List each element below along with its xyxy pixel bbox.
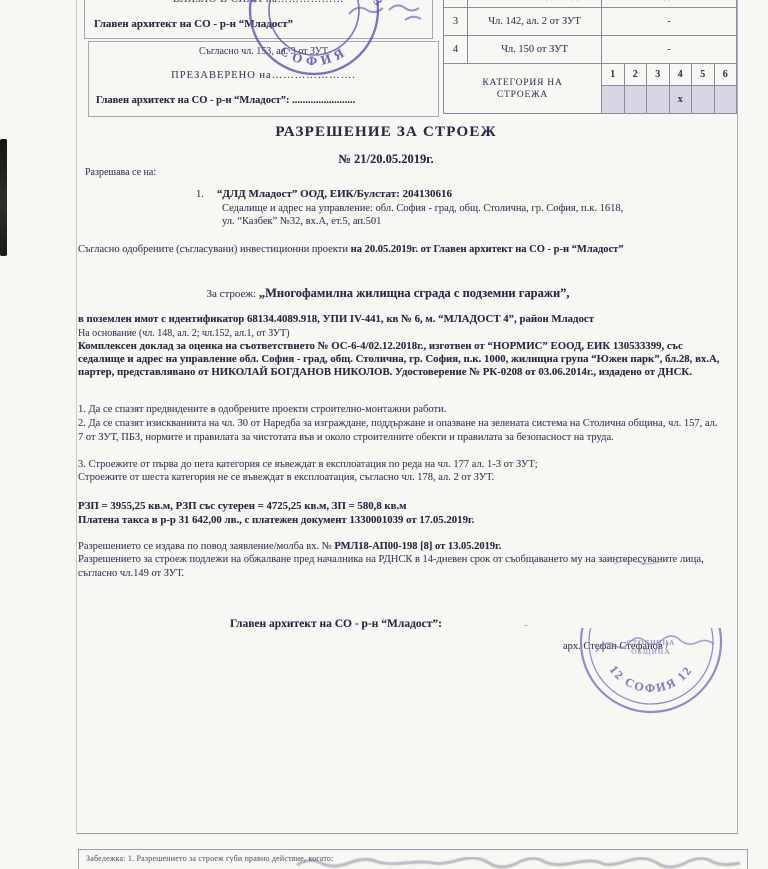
stamp-top-city-text: СОФИЯ [277, 43, 350, 68]
signature-heading: Главен архитект на СО - р-н “Младост”: [230, 618, 442, 630]
architect-sign-line: Главен архитект на СО - р-н “Младост”: .… [96, 95, 355, 106]
for-construction-line: За строеж: „Многофамилна жилищна сграда … [78, 287, 698, 302]
application-number-bold: РМЛ18-АП00-198 [8] от 13.05.2019г. [334, 541, 501, 552]
plot-identifier-line: в поземлен имот с идентификатор 68134.40… [78, 313, 722, 327]
row-value: - [601, 36, 736, 63]
category-mark-2 [624, 86, 647, 113]
approved-bold: на 20.05.2019г. от Главен архитект на СО… [351, 244, 624, 255]
category-mark-5 [691, 86, 714, 113]
stamp-fragment [345, 0, 435, 26]
condition-1: 1. Да се спазят предвидените в одобренит… [78, 403, 722, 417]
stamp-sofia-12: 12 СОФИЯ 12 СТОЛИЧНА ОБЩИНА [563, 628, 738, 723]
row-value: - [601, 8, 736, 35]
category-row: КАТЕГОРИЯ НА СТРОЕЖА 1 2 3 4 5 6 x [443, 64, 736, 114]
condition-3-continued: Строежите от шеста категория не се въвеж… [78, 471, 722, 485]
for-construction-prefix: За строеж: [206, 288, 258, 300]
signature-dash: - [524, 619, 528, 631]
stamp-bottom-org-line2: ОБЩИНА [631, 647, 671, 656]
category-mark-6 [714, 86, 737, 113]
category-mark-4: x [669, 86, 692, 113]
stamp-bottom-arc-text: 12 СОФИЯ 12 [607, 663, 696, 695]
category-marks: x [601, 86, 736, 113]
approved-projects-paragraph: Съгласно одобрените (съгласувани) инвест… [78, 243, 684, 257]
condition-2: 2. Да се спазят изискванията на чл. 30 о… [78, 417, 722, 444]
row-label: Чл. 150 от ЗУТ [467, 36, 601, 63]
category-mark-3 [646, 86, 669, 113]
row-number: 2 [443, 0, 467, 7]
category-label-line2: СТРОЕЖА [497, 89, 548, 101]
permit-number: № 21/20.05.2019г. [86, 152, 686, 167]
row-number: 3 [443, 8, 467, 35]
grantee-index: 1. [196, 188, 204, 202]
stamp-bottom-org-line1: СТОЛИЧНА [627, 638, 676, 647]
category-label: КАТЕГОРИЯ НА СТРОЕЖА [443, 64, 601, 113]
application-prefix: Разрешението се издава по повод заявлени… [78, 541, 334, 552]
row-value: да [601, 0, 736, 7]
table-row: 2 Комплексен доклад да [443, 0, 736, 8]
conformity-report-paragraph: Комплексен доклад за оценка на съответст… [78, 340, 722, 380]
condition-3: 3. Строежите от първа до пета категория … [78, 458, 722, 472]
category-col-3: 3 [646, 64, 669, 85]
paid-fee-line: Платена такса в р-р 31 642,00 лв., с пла… [78, 514, 722, 528]
footer-smudge [295, 857, 760, 869]
table-row: 3 Чл. 142, ал. 2 от ЗУТ - [443, 8, 736, 36]
approved-prefix: Съгласно одобрените (съгласувани) инвест… [78, 244, 351, 255]
category-col-1: 1 [601, 64, 624, 85]
stamp-top-number-left: 13 [245, 0, 263, 6]
document-page: ВЛЯЗЛО В СИЛА на……………… Главен архитект н… [0, 0, 768, 869]
legal-basis-line: На основание (чл. 148, ал. 2; чл.152, ал… [78, 327, 722, 341]
row-label: Чл. 142, ал. 2 от ЗУТ [467, 8, 601, 35]
grantee-block: 1. “ДЛД Младост” ООД, ЕИК/Булстат: 20413… [196, 188, 623, 229]
row-label: Комплексен доклад [467, 0, 601, 7]
pencil-mark [612, 556, 664, 568]
scan-artifact [0, 139, 7, 256]
category-label-line1: КАТЕГОРИЯ НА [482, 77, 562, 89]
category-col-4: 4 [669, 64, 692, 85]
grantee-address-line1: Седалище и адрес на управление: обл. Соф… [196, 202, 623, 216]
category-mark-1 [601, 86, 624, 113]
svg-text:12 СОФИЯ 12: 12 СОФИЯ 12 [607, 663, 696, 695]
grantee-address-line2: ул. “Казбек” №32, вх.А, ет.5, ап.501 [196, 215, 623, 229]
category-col-5: 5 [691, 64, 714, 85]
built-area-line: РЗП = 3955,25 кв.м, РЗП със сутерен = 47… [78, 500, 722, 514]
category-col-6: 6 [714, 64, 737, 85]
row-number: 4 [443, 36, 467, 63]
category-numbers: 1 2 3 4 5 6 [601, 64, 736, 86]
svg-text:СОФИЯ: СОФИЯ [277, 43, 350, 68]
category-col-2: 2 [624, 64, 647, 85]
table-row: 4 Чл. 150 от ЗУТ - [443, 36, 736, 64]
application-line: Разрешението се издава по повод заявлени… [78, 540, 722, 554]
for-construction-bold: „Многофамилна жилищна сграда с подземни … [259, 286, 570, 300]
grantee-name: “ДЛД Младост” ООД, ЕИК/Булстат: 20413061… [217, 188, 452, 202]
requirements-table: 2 Комплексен доклад да 3 Чл. 142, ал. 2 … [443, 0, 737, 114]
category-grid: 1 2 3 4 5 6 x [601, 64, 736, 113]
page-title: РАЗРЕШЕНИЕ ЗА СТРОЕЖ [86, 124, 686, 141]
grants-label: Разрешава се на: [85, 167, 156, 178]
